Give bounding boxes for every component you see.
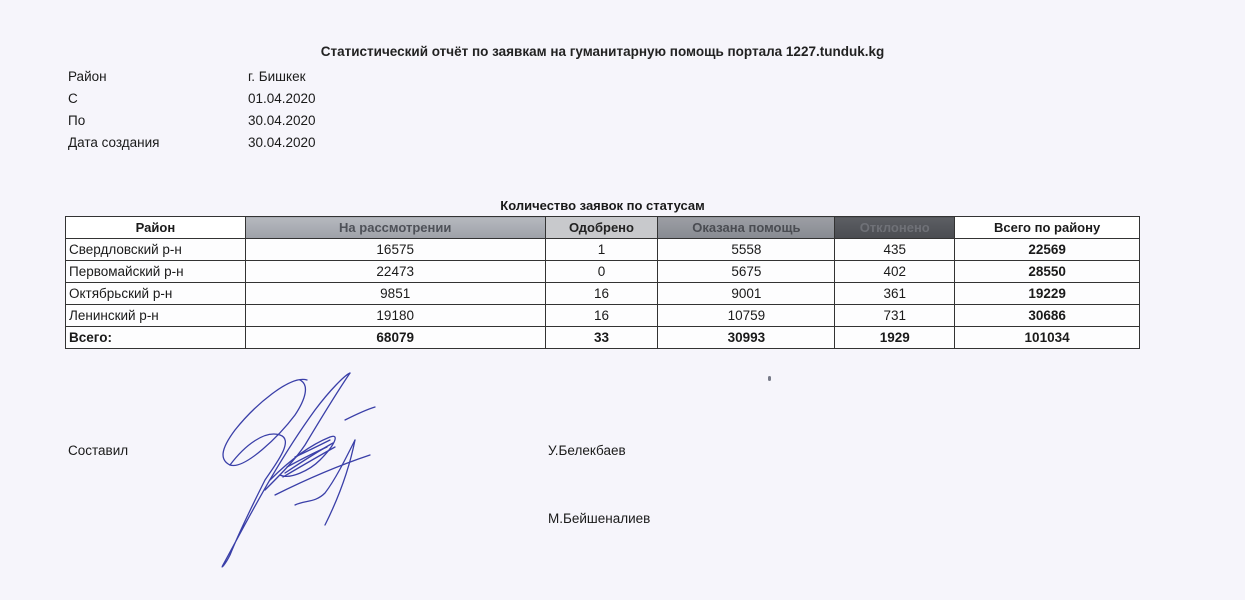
cell-district: Ленинский р-н [66, 305, 246, 327]
cell-district: Октябрьский р-н [66, 283, 246, 305]
meta-value: г. Бишкек [248, 66, 305, 88]
cell-rejected: 361 [835, 283, 955, 305]
cell-help-provided: 9001 [658, 283, 835, 305]
cell-approved: 16 [545, 283, 658, 305]
meta-value: 01.04.2020 [248, 88, 316, 110]
cell-district-total: 22569 [955, 239, 1140, 261]
report-meta: Район г. Бишкек С 01.04.2020 По 30.04.20… [68, 66, 316, 154]
signer-name: М.Бейшеналиев [548, 511, 650, 526]
table-row: Свердловский р-н 16575 1 5558 435 22569 [66, 239, 1140, 261]
cell-district-total: 28550 [955, 261, 1140, 283]
cell-under-review: 9851 [245, 283, 545, 305]
cell-approved: 0 [545, 261, 658, 283]
cell-rejected: 435 [835, 239, 955, 261]
cell-approved: 16 [545, 305, 658, 327]
cell-under-review: 16575 [245, 239, 545, 261]
cell-total-rejected: 1929 [835, 327, 955, 349]
header-under-review: На рассмотрении [245, 217, 545, 239]
cell-help-provided: 5675 [658, 261, 835, 283]
cell-rejected: 402 [835, 261, 955, 283]
header-district-total: Всего по району [955, 217, 1140, 239]
cell-approved: 1 [545, 239, 658, 261]
cell-grand-total: 101034 [955, 327, 1140, 349]
meta-label: С [68, 88, 248, 110]
signer-name: У.Белекбаев [548, 443, 626, 458]
meta-row-from: С 01.04.2020 [68, 88, 316, 110]
cell-help-provided: 5558 [658, 239, 835, 261]
table-row: Ленинский р-н 19180 16 10759 731 30686 [66, 305, 1140, 327]
cell-totals-label: Всего: [66, 327, 246, 349]
cell-help-provided: 10759 [658, 305, 835, 327]
scan-speck [768, 376, 771, 381]
table-row: Октябрьский р-н 9851 16 9001 361 19229 [66, 283, 1140, 305]
header-rejected: Отклонено [835, 217, 955, 239]
table-title: Количество заявок по статусам [0, 198, 1205, 213]
cell-district-total: 30686 [955, 305, 1140, 327]
header-help-provided: Оказана помощь [658, 217, 835, 239]
status-table: Район На рассмотрении Одобрено Оказана п… [65, 216, 1140, 349]
cell-district-total: 19229 [955, 283, 1140, 305]
compiled-by-label: Составил [68, 443, 128, 458]
cell-total-approved: 33 [545, 327, 658, 349]
cell-district: Свердловский р-н [66, 239, 246, 261]
table-header-row: Район На рассмотрении Одобрено Оказана п… [66, 217, 1140, 239]
meta-label: Дата создания [68, 132, 248, 154]
header-approved: Одобрено [545, 217, 658, 239]
cell-total-help-provided: 30993 [658, 327, 835, 349]
cell-under-review: 22473 [245, 261, 545, 283]
meta-row-to: По 30.04.2020 [68, 110, 316, 132]
cell-district: Первомайский р-н [66, 261, 246, 283]
handwritten-signature [195, 365, 425, 580]
meta-value: 30.04.2020 [248, 110, 316, 132]
table-row: Первомайский р-н 22473 0 5675 402 28550 [66, 261, 1140, 283]
meta-row-district: Район г. Бишкек [68, 66, 316, 88]
header-district: Район [66, 217, 246, 239]
meta-value: 30.04.2020 [248, 132, 316, 154]
document-title: Статистический отчёт по заявкам на гуман… [0, 44, 1205, 59]
cell-rejected: 731 [835, 305, 955, 327]
totals-row: Всего: 68079 33 30993 1929 101034 [66, 327, 1140, 349]
meta-row-created: Дата создания 30.04.2020 [68, 132, 316, 154]
cell-total-under-review: 68079 [245, 327, 545, 349]
cell-under-review: 19180 [245, 305, 545, 327]
meta-label: По [68, 110, 248, 132]
meta-label: Район [68, 66, 248, 88]
